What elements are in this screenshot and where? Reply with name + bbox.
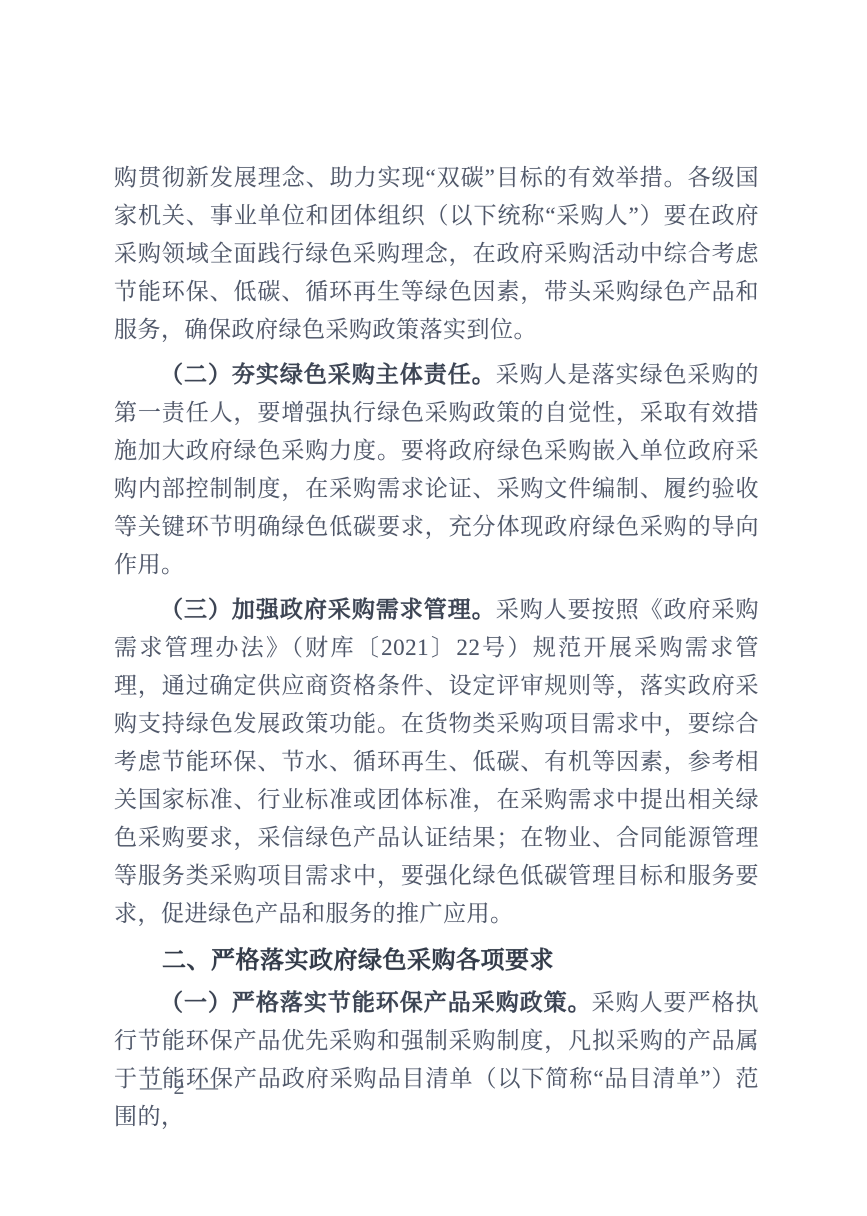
paragraph: （三）加强政府采购需求管理。采购人要按照《政府采购需求管理办法》（财库〔2021… xyxy=(114,591,759,933)
section-heading: 二、严格落实政府绿色采购各项要求 xyxy=(114,942,759,980)
body-text: 购贯彻新发展理念、助力实现“双碳”目标的有效举措。各级国家机关、事业单位和团体组… xyxy=(114,165,759,342)
emphasis-text: （二）夯实绿色采购主体责任。 xyxy=(160,362,496,387)
body-text: 采购人要按照《政府采购需求管理办法》（财库〔2021〕22号）规范开展采购需求管… xyxy=(114,597,759,926)
body-text: 采购人是落实绿色采购的第一责任人，要增强执行绿色采购政策的自觉性，采取有效措施加… xyxy=(114,362,759,577)
paragraph: （二）夯实绿色采购主体责任。采购人是落实绿色采购的第一责任人，要增强执行绿色采购… xyxy=(114,356,759,584)
paragraph: 购贯彻新发展理念、助力实现“双碳”目标的有效举措。各级国家机关、事业单位和团体组… xyxy=(114,159,759,349)
page-number: — 2 — xyxy=(140,1072,221,1102)
emphasis-text: （一）严格落实节能环保产品采购政策。 xyxy=(160,990,592,1015)
paragraph: （一）严格落实节能环保产品采购政策。采购人要严格执行节能环保产品优先采购和强制采… xyxy=(114,984,759,1136)
document-body: 购贯彻新发展理念、助力实现“双碳”目标的有效举措。各级国家机关、事业单位和团体组… xyxy=(114,159,759,1143)
document-page: 购贯彻新发展理念、助力实现“双碳”目标的有效举措。各级国家机关、事业单位和团体组… xyxy=(0,0,867,1216)
emphasis-text: （三）加强政府采购需求管理。 xyxy=(160,597,496,622)
